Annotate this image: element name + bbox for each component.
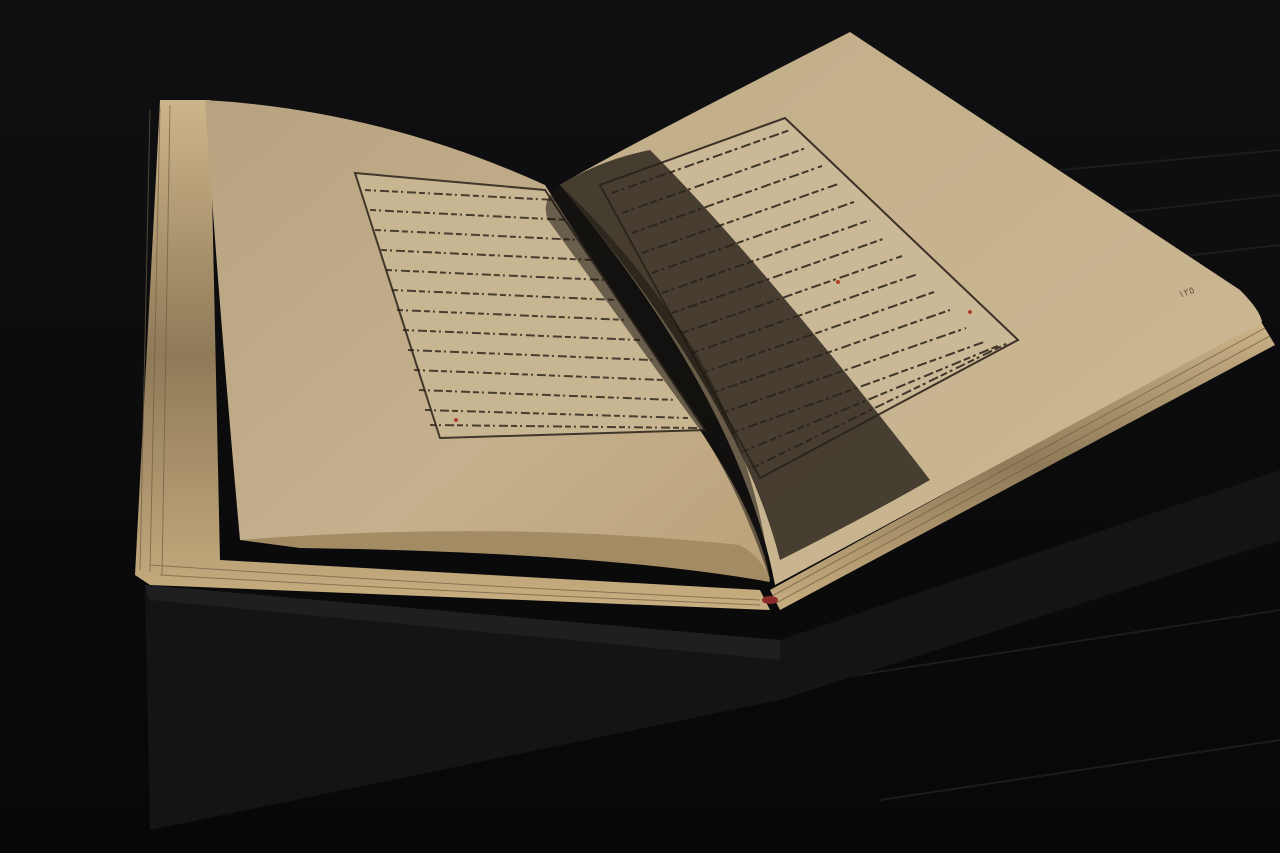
spine-thread [762, 596, 778, 604]
manuscript-illustration: ١٢٥ [0, 0, 1280, 853]
photo-scene: ١٢٥ [0, 0, 1280, 853]
